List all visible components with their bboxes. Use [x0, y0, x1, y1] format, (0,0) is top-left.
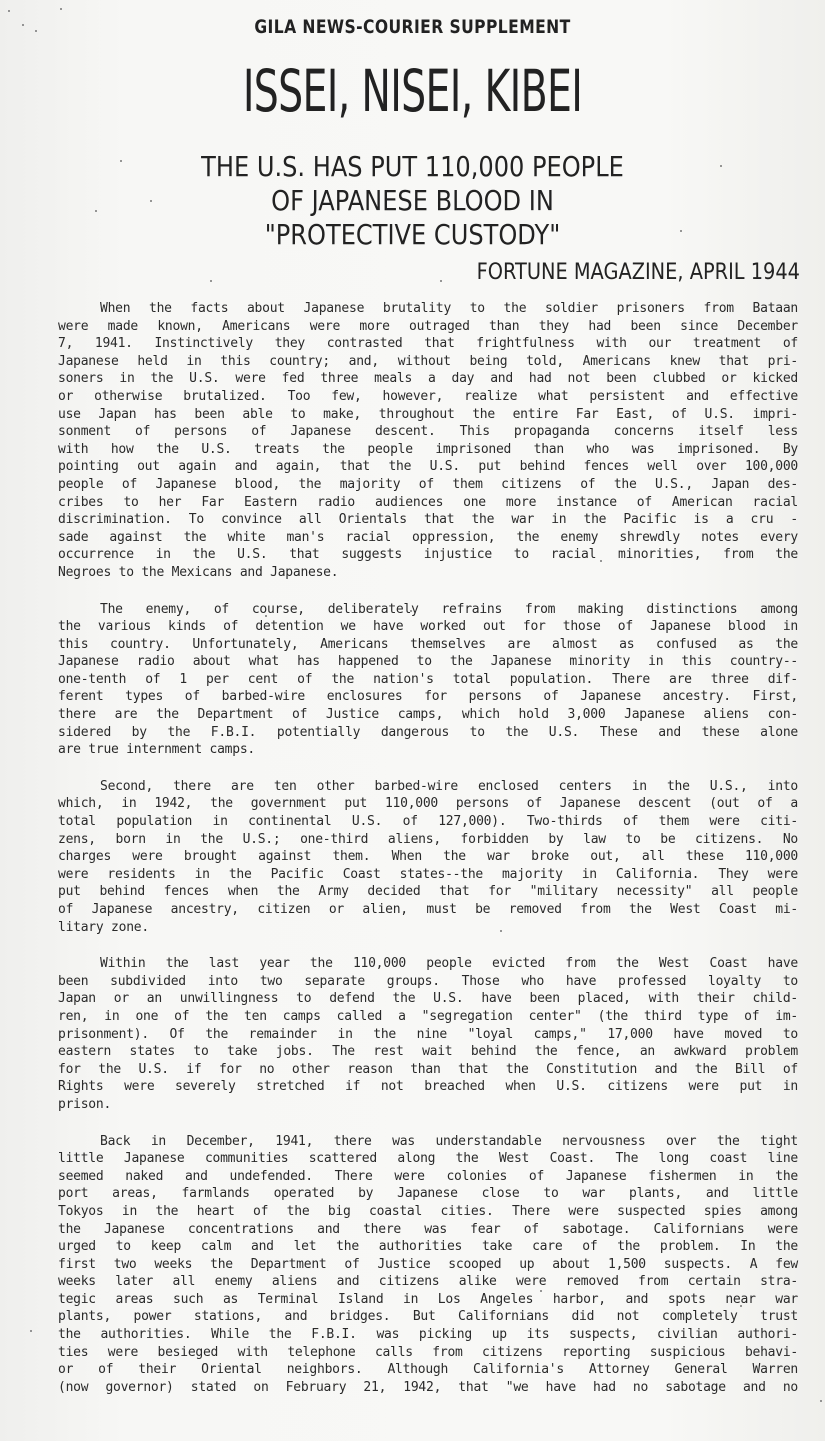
- paragraph-line: or of their Oriental neighbors. Although…: [58, 1361, 798, 1379]
- paragraph-line: Japan or an unwillingness to defend the …: [58, 990, 798, 1008]
- paragraph-line: ties were besieged with telephone calls …: [58, 1344, 798, 1362]
- paragraph-line: this country. Unfortunately, Americans t…: [58, 636, 798, 654]
- paragraph-line: (now governor) stated on February 21, 19…: [58, 1379, 798, 1397]
- subheadline-line: OF JAPANESE BLOOD IN: [58, 184, 768, 218]
- paragraph-line: for the U.S. if for no other reason than…: [58, 1061, 798, 1079]
- paragraph-line: there are the Department of Justice camp…: [58, 706, 798, 724]
- paragraph-line: sade against the white man's racial oppr…: [58, 529, 798, 547]
- article-paragraph: Second, there are ten other barbed-wire …: [58, 778, 798, 936]
- scanned-page: GILA NEWS-COURIER SUPPLEMENT ISSEI, NISE…: [0, 0, 825, 1441]
- paragraph-line: prisonment). Of the remainder in the nin…: [58, 1026, 798, 1044]
- article-paragraph: Within the last year the 110,000 people …: [58, 955, 798, 1113]
- subheadline: THE U.S. HAS PUT 110,000 PEOPLE OF JAPAN…: [58, 150, 768, 252]
- scan-speck: [720, 165, 722, 167]
- paragraph-line: Tokyos in the heart of the big coastal c…: [58, 1203, 798, 1221]
- paragraph-line: put behind fences when the Army decided …: [58, 883, 798, 901]
- paragraph-line: charges were brought against them. When …: [58, 848, 798, 866]
- paragraph-line: total population in continental U.S. of …: [58, 813, 798, 831]
- scan-speck: [600, 560, 602, 562]
- paragraph-line: were residents in the Pacific Coast stat…: [58, 866, 798, 884]
- paragraph-line: are true internment camps.: [58, 741, 798, 759]
- article-body: When the facts about Japanese brutality …: [58, 300, 798, 1415]
- paragraph-line: prison.: [58, 1096, 798, 1114]
- paragraph-line: Japanese radio about what has happened t…: [58, 653, 798, 671]
- paragraph-line: first two weeks the Department of Justic…: [58, 1256, 798, 1274]
- paragraph-line: port areas, farmlands operated by Japane…: [58, 1185, 798, 1203]
- paragraph-line: Negroes to the Mexicans and Japanese.: [58, 564, 798, 582]
- paragraph-line: occurrence in the U.S. that suggests inj…: [58, 546, 798, 564]
- paragraph-line: ferent types of barbed-wire enclosures f…: [58, 688, 798, 706]
- article-paragraph: Back in December, 1941, there was unders…: [58, 1133, 798, 1397]
- paragraph-line: of Japanese ancestry, citizen or alien, …: [58, 901, 798, 919]
- scan-speck: [680, 230, 682, 232]
- subheadline-line: "PROTECTIVE CUSTODY": [58, 218, 768, 252]
- paragraph-line: Within the last year the 110,000 people …: [58, 955, 798, 973]
- paragraph-line: Back in December, 1941, there was unders…: [58, 1133, 798, 1151]
- publication-kicker: GILA NEWS-COURIER SUPPLEMENT: [74, 16, 751, 38]
- scan-speck: [60, 8, 62, 10]
- paragraph-line: which, in 1942, the government put 110,0…: [58, 795, 798, 813]
- paragraph-line: pointing out again and again, that the U…: [58, 458, 798, 476]
- scan-speck: [410, 610, 412, 612]
- paragraph-line: zens, born in the U.S.; one-third aliens…: [58, 831, 798, 849]
- paragraph-line: one-tenth of 1 per cent of the nation's …: [58, 671, 798, 689]
- paragraph-line: sidered by the F.B.I. potentially danger…: [58, 724, 798, 742]
- paragraph-line: sonment of persons of Japanese descent. …: [58, 423, 798, 441]
- paragraph-line: been subdivided into two separate groups…: [58, 973, 798, 991]
- paragraph-line: urged to keep calm and let the authoriti…: [58, 1238, 798, 1256]
- article-paragraph: When the facts about Japanese brutality …: [58, 300, 798, 582]
- paragraph-line: cribes to her Far Eastern radio audience…: [58, 494, 798, 512]
- paragraph-line: Rights were severely stretched if not br…: [58, 1078, 798, 1096]
- paragraph-line: 7, 1941. Instinctively they contrasted t…: [58, 335, 798, 353]
- scan-speck: [540, 1290, 542, 1292]
- scan-speck: [8, 10, 10, 12]
- scan-speck: [30, 1330, 32, 1332]
- paragraph-line: the Japanese concentrations and there wa…: [58, 1221, 798, 1239]
- paragraph-line: Second, there are ten other barbed-wire …: [58, 778, 798, 796]
- scan-speck: [22, 24, 24, 26]
- paragraph-line: litary zone.: [58, 919, 798, 937]
- paragraph-line: people of Japanese blood, the majority o…: [58, 476, 798, 494]
- scan-speck: [150, 200, 152, 202]
- scan-speck: [180, 965, 182, 967]
- paragraph-line: eastern states to take jobs. The rest wa…: [58, 1043, 798, 1061]
- paragraph-line: Japanese held in this country; and, with…: [58, 353, 798, 371]
- scan-speck: [35, 30, 37, 32]
- scan-speck: [265, 615, 267, 617]
- scan-speck: [740, 1305, 742, 1307]
- paragraph-line: When the facts about Japanese brutality …: [58, 300, 798, 318]
- paragraph-line: the authorities. While the F.B.I. was pi…: [58, 1326, 798, 1344]
- scan-speck: [820, 1400, 822, 1402]
- paragraph-line: were made known, Americans were more out…: [58, 318, 798, 336]
- paragraph-line: soners in the U.S. were fed three meals …: [58, 370, 798, 388]
- scan-speck: [440, 280, 442, 282]
- scan-speck: [120, 160, 122, 162]
- paragraph-line: weeks later all enemy aliens and citizen…: [58, 1273, 798, 1291]
- headline-title: ISSEI, NISEI, KIBEI: [132, 56, 693, 126]
- paragraph-line: or otherwise brutalized. Too few, howeve…: [58, 388, 798, 406]
- article-paragraph: The enemy, of course, deliberately refra…: [58, 601, 798, 759]
- paragraph-line: little Japanese communities scattered al…: [58, 1150, 798, 1168]
- paragraph-line: plants, power stations, and bridges. But…: [58, 1308, 798, 1326]
- paragraph-line: use Japan has been able to make, through…: [58, 406, 798, 424]
- subheadline-line: THE U.S. HAS PUT 110,000 PEOPLE: [58, 150, 768, 184]
- scan-speck: [95, 210, 97, 212]
- scan-speck: [500, 930, 502, 932]
- paragraph-line: The enemy, of course, deliberately refra…: [58, 601, 798, 619]
- paragraph-line: seemed naked and undefended. There were …: [58, 1168, 798, 1186]
- paragraph-line: with how the U.S. treats the people impr…: [58, 441, 798, 459]
- paragraph-line: discrimination. To convince all Oriental…: [58, 511, 798, 529]
- scan-speck: [210, 280, 212, 282]
- source-attribution: FORTUNE MAGAZINE, APRIL 1944: [413, 260, 800, 285]
- paragraph-line: ren, in one of the ten camps called a "s…: [58, 1008, 798, 1026]
- paragraph-line: the various kinds of detention we have w…: [58, 618, 798, 636]
- paragraph-line: tegic areas such as Terminal Island in L…: [58, 1291, 798, 1309]
